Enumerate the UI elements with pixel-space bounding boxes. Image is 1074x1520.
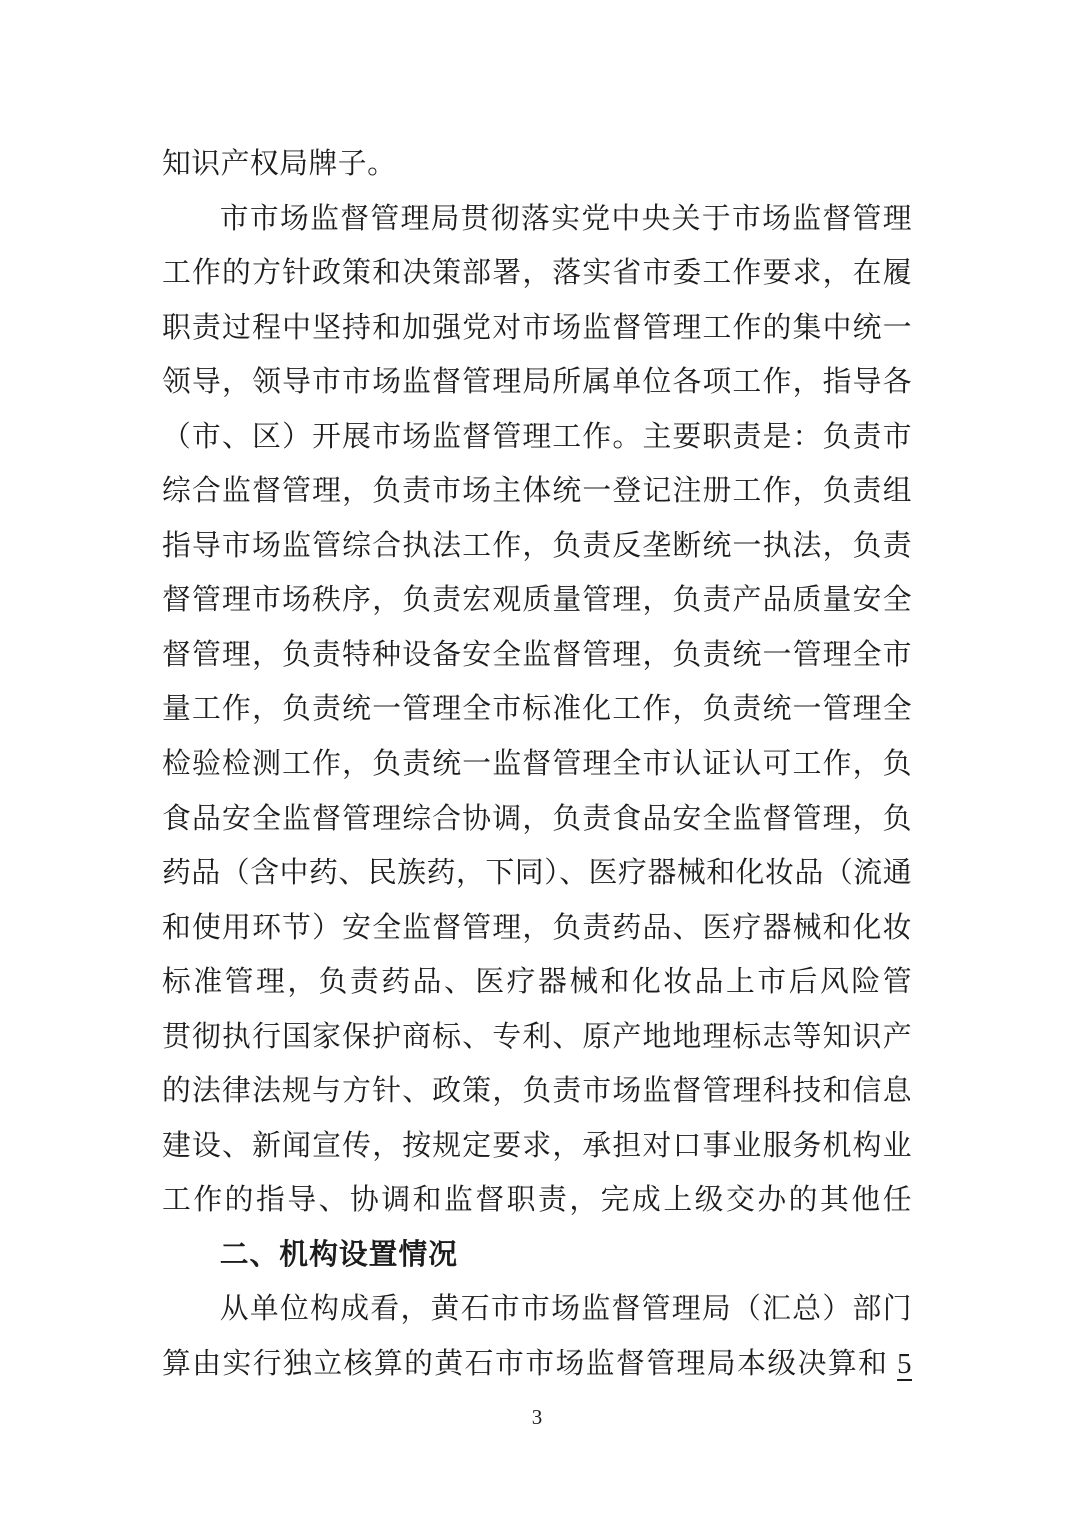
body-line: 算由实行独立核算的黄石市市场监督管理局本级决算和 5 个 <box>162 1337 912 1392</box>
body-line: 和使用环节）安全监督管理，负责药品、医疗器械和化妆品 <box>162 901 912 956</box>
body-line: 标准管理，负责药品、医疗器械和化妆品上市后风险管理， <box>162 955 912 1010</box>
body-line: 量工作，负责统一管理全市标准化工作，负责统一管理全市 <box>162 682 912 737</box>
body-line: 从单位构成看，黄石市市场监督管理局（汇总）部门决 <box>162 1282 912 1337</box>
body-line: 职责过程中坚持和加强党对市场监督管理工作的集中统一 <box>162 301 912 356</box>
body-line: 工作的方针政策和决策部署，落实省市委工作要求，在履行 <box>162 246 912 301</box>
body-line: 知识产权局牌子。 <box>162 137 912 192</box>
body-line: 综合监督管理，负责市场主体统一登记注册工作，负责组织 <box>162 464 912 519</box>
body-line: 市市场监督管理局贯彻落实党中央关于市场监督管理 <box>162 192 912 247</box>
body-line: 药品（含中药、民族药，下同）、医疗器械和化妆品（流通 <box>162 846 912 901</box>
body-line: 指导市场监管综合执法工作，负责反垄断统一执法，负责监 <box>162 519 912 574</box>
body-line: 检验检测工作，负责统一监督管理全市认证认可工作，负责 <box>162 737 912 792</box>
document-page: 知识产权局牌子。 市市场监督管理局贯彻落实党中央关于市场监督管理 工作的方针政策… <box>0 0 1074 1520</box>
page-number: 3 <box>0 1402 1074 1432</box>
body-line-text: 算由实行独立核算的黄石市市场监督管理局本级决算和 <box>162 1348 897 1380</box>
body-line: 领导，领导市市场监督管理局所属单位各项工作，指导各县 <box>162 355 912 410</box>
underlined-value: 5 <box>897 1348 912 1380</box>
body-line: 建设、新闻宣传，按规定要求，承担对口事业服务机构业务 <box>162 1119 912 1174</box>
body-line: 督管理，负责特种设备安全监督管理，负责统一管理全市计 <box>162 628 912 683</box>
body-line: 督管理市场秩序，负责宏观质量管理，负责产品质量安全监 <box>162 573 912 628</box>
body-line: 贯彻执行国家保护商标、专利、原产地地理标志等知识产权 <box>162 1010 912 1065</box>
body-line: （市、区）开展市场监督管理工作。主要职责是：负责市场 <box>162 410 912 465</box>
body-line: 食品安全监督管理综合协调，负责食品安全监督管理，负责 <box>162 792 912 847</box>
document-body: 知识产权局牌子。 市市场监督管理局贯彻落实党中央关于市场监督管理 工作的方针政策… <box>162 137 912 1392</box>
body-line: 的法律法规与方针、政策，负责市场监督管理科技和信息化 <box>162 1064 912 1119</box>
section-heading: 二、机构设置情况 <box>162 1228 912 1283</box>
body-line: 工作的指导、协调和监督职责，完成上级交办的其他任务。 <box>162 1173 912 1228</box>
